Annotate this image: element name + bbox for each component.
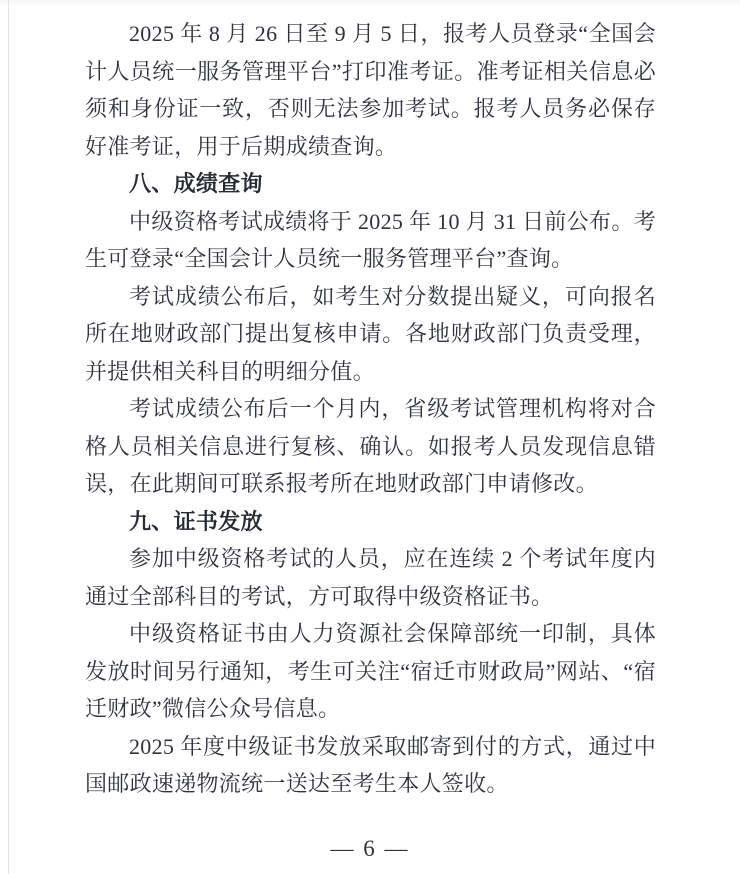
paragraph-certificate-requirements: 参加中级资格考试的人员，应在连续 2 个考试年度内通过全部科目的考试，方可取得中… — [85, 540, 656, 615]
paragraph-score-release-date: 中级资格考试成绩将于 2025 年 10 月 31 日前公布。考生可登录“全国会… — [85, 203, 656, 278]
scan-edge-artifact — [8, 0, 9, 874]
heading-section-9-certificate-issuance: 九、证书发放 — [85, 503, 656, 541]
paragraph-certificate-printing-notice: 中级资格证书由人力资源社会保障部统一印制，具体发放时间另行通知，考生可关注“宿迁… — [85, 615, 656, 728]
scan-noise-artifact — [0, 0, 740, 6]
paragraph-score-review-application: 考试成绩公布后，如考生对分数提出疑义，可向报名所在地财政部门提出复核申请。各地财… — [85, 278, 656, 391]
page-number: — 6 — — [331, 836, 410, 861]
paragraph-certificate-mail-delivery: 2025 年度中级证书发放采取邮寄到付的方式，通过中国邮政速递物流统一送达至考生… — [85, 728, 656, 803]
heading-section-8-score-inquiry: 八、成绩查询 — [85, 165, 656, 203]
paragraph-admission-ticket-printing: 2025 年 8 月 26 日至 9 月 5 日，报考人员登录“全国会计人员统一… — [85, 15, 656, 165]
document-content: 2025 年 8 月 26 日至 9 月 5 日，报考人员登录“全国会计人员统一… — [85, 15, 656, 803]
page-footer: — 6 — — [0, 836, 740, 862]
document-page: 2025 年 8 月 26 日至 9 月 5 日，报考人员登录“全国会计人员统一… — [0, 0, 740, 874]
paragraph-information-verification: 考试成绩公布后一个月内，省级考试管理机构将对合格人员相关信息进行复核、确认。如报… — [85, 390, 656, 503]
